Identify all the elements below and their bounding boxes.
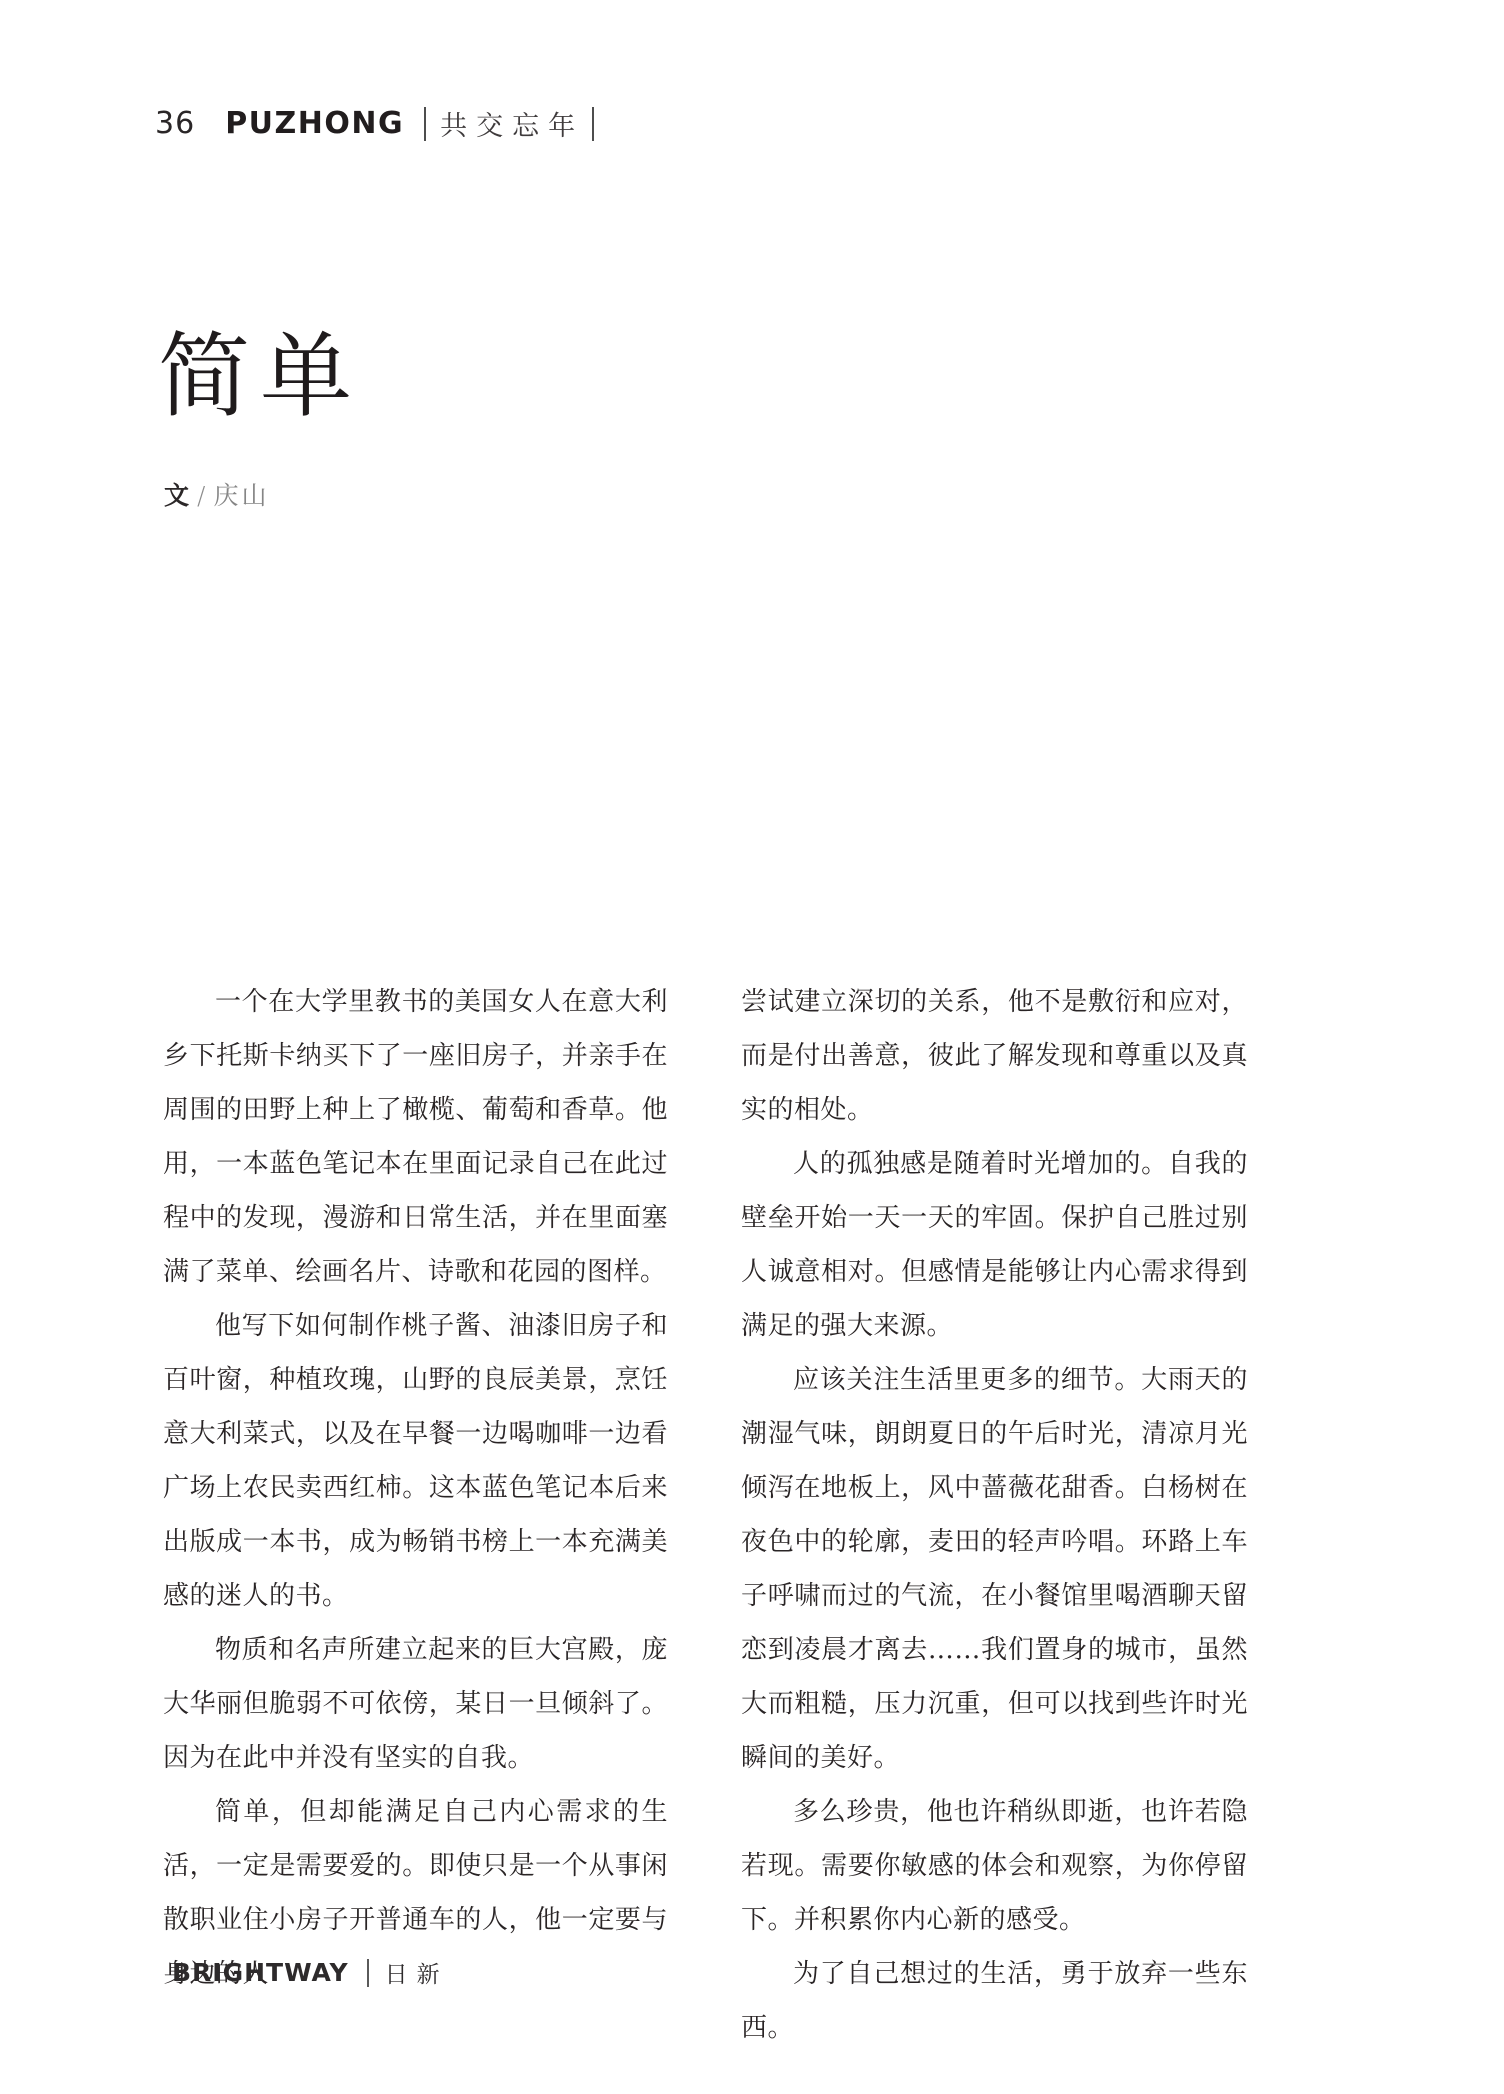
paragraph-right-3: 应该关注生活里更多的细节。大雨天的潮湿气味，朗朗夏日的午后时光，清凉月光倾泻在地… [741, 1353, 1248, 1785]
header-divider-left-icon [424, 107, 426, 141]
article-title: 简单 [158, 326, 362, 427]
header-divider-right-icon [592, 107, 594, 141]
footer-cn-label: 日新 [385, 1956, 449, 1989]
footer-divider-icon [367, 1959, 369, 1987]
paragraph-left-2: 他写下如何制作桃子酱、油漆旧房子和百叶窗，种植玫瑰，山野的良辰美景，烹饪意大利菜… [163, 1299, 668, 1623]
magazine-name: PUZHONG [225, 106, 404, 141]
left-column: 一个在大学里教书的美国女人在意大利乡下托斯卡纳买下了一座旧房子，并亲手在周围的田… [163, 975, 668, 2001]
paragraph-left-1: 一个在大学里教书的美国女人在意大利乡下托斯卡纳买下了一座旧房子，并亲手在周围的田… [163, 975, 668, 1299]
paragraph-left-3: 物质和名声所建立起来的巨大宫殿，庞大华丽但脆弱不可依傍，某日一旦倾斜了。因为在此… [163, 1623, 668, 1785]
byline-label: 文 [164, 481, 189, 510]
page-header: 36 PUZHONG 共交忘年 [155, 104, 594, 143]
paragraph-right-5: 为了自己想过的生活，勇于放弃一些东西。 [741, 1947, 1248, 2055]
right-column: 尝试建立深切的关系，他不是敷衍和应对，而是付出善意，彼此了解发现和尊重以及真实的… [741, 975, 1248, 2055]
paragraph-right-1: 尝试建立深切的关系，他不是敷衍和应对，而是付出善意，彼此了解发现和尊重以及真实的… [741, 975, 1248, 1137]
author-name: 庆山 [213, 481, 269, 510]
footer-brand: BRIGHTWAY [172, 1958, 349, 1987]
page-number: 36 [155, 106, 195, 141]
paragraph-right-4: 多么珍贵，他也许稍纵即逝，也许若隐若现。需要你敏感的体会和观察，为你停留下。并积… [741, 1785, 1248, 1947]
paragraph-right-2: 人的孤独感是随着时光增加的。自我的壁垒开始一天一天的牢固。保护自己胜过别人诚意相… [741, 1137, 1248, 1353]
byline-separator: / [197, 481, 205, 510]
byline: 文/庆山 [164, 476, 269, 512]
section-title: 共交忘年 [440, 104, 584, 143]
magazine-page: 36 PUZHONG 共交忘年 简单 文/庆山 一个在大学里教书的美国女人在意大… [0, 0, 1504, 2094]
page-footer: BRIGHTWAY 日新 [172, 1956, 449, 1989]
